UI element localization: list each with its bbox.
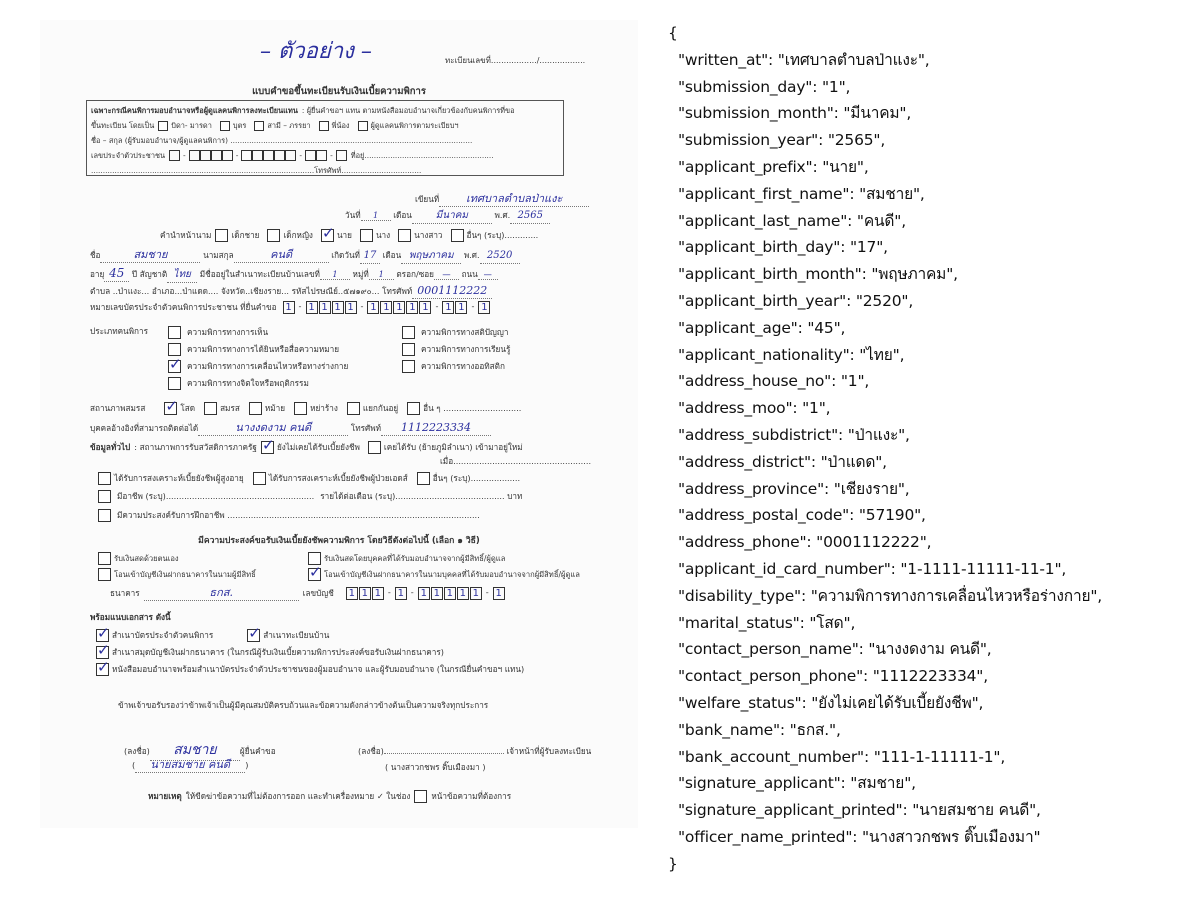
marital-option[interactable]: อื่น ๆ .............................. [407,402,521,415]
checkbox-label: ผู้ดูแลคนพิการตามระเบียบฯ [371,121,459,130]
prefix-option[interactable]: อื่นๆ (ระบุ)............. [451,229,539,242]
checkbox[interactable] [407,402,420,415]
checkbox-label: ความพิการทางการเรียนรู้ [421,344,510,354]
json-field-bank-name: "bank_name": "ธกส.", [668,717,1193,744]
json-field-applicant-birth-day: "applicant_birth_day": "17", [668,234,1193,261]
checkbox-label: หม้าย [265,403,285,413]
payment-heading: มีความประสงค์ขอรับเงินเบี้ยยังชัพความพิก… [40,536,638,547]
checkbox[interactable] [220,121,230,131]
payment-option[interactable]: โอนเข้าบัญชีเงินฝากธนาคารในนามผู้มีสิทธิ… [98,568,304,581]
birth-month-label: เดือน [383,250,402,260]
checkbox[interactable] [164,402,177,415]
cell-separator: - [388,587,391,600]
checkbox-label: โอนเข้าบัญชีเงินฝากธนาคารในนามบุคคลที่ได… [324,570,580,579]
marital-label: สถานภาพสมรส [90,403,145,413]
id-card-label: หมายเลขบัตรประจำตัวคนพิการประชาชน ที่ยื่… [90,302,277,312]
json-field-applicant-age: "applicant_age": "45", [668,315,1193,342]
first-name-value[interactable]: สมชาย [100,248,200,263]
checkbox-label: ความพิการทางจิตใจหรือพฤติกรรม [187,378,309,388]
contact-line: บุคคลอ้างอิงที่สามารถติดต่อได้นางงดงาม ค… [90,421,491,436]
digit-cell[interactable]: 1 [319,301,331,314]
id-card-line: หมายเลขบัตรประจำตัวคนพิการประชาชน ที่ยื่… [90,301,490,314]
contact-phone-label: โทรศัพท์ [351,423,381,433]
digit-cell[interactable]: 1 [367,301,379,314]
json-field-applicant-prefix: "applicant_prefix": "นาย", [668,154,1193,181]
checkbox-label: ความพิการทางสติปัญญา [421,327,508,337]
digit-cell[interactable]: 1 [406,301,418,314]
first-name-label: ชื่อ [90,250,100,260]
date-month-label: เดือน [393,210,412,220]
officer-printed-name: ( นางสาวกชพร ติ๊บเมืองมา ) [385,762,486,772]
occupation-row: มีอาชีพ (ระบุ)..........................… [98,490,522,503]
checkbox-label: รับเงินสดด้วยตนเอง [114,554,179,563]
json-field-signature-applicant: "signature_applicant": "สมชาย", [668,770,1193,797]
checkbox-label: ยังไม่เคยได้รับเบี้ยยังชีพ [277,442,360,452]
checkbox[interactable] [347,402,360,415]
contact-phone-value[interactable]: 1112223334 [381,421,491,436]
proxy-name-label: ชื่อ – สกุล (ผู้รับมอบอำนาจ/ผู้ดูแลคนพิก… [91,136,472,145]
id-separator: - [183,151,186,160]
json-field-submission-day: "submission_day": "1", [668,74,1193,101]
checkbox[interactable] [247,629,260,642]
json-open-brace: { [668,20,1193,47]
date-year-value[interactable]: 2565 [510,210,550,224]
bank-label: ธนาคาร [110,588,140,598]
soi-label: ตรอก/ซอย [396,269,434,279]
scanned-form: – ตัวอย่าง – ทะเบียนเลขที่..............… [40,20,638,828]
house-no-value[interactable]: 1 [320,269,350,280]
cell-separator: - [411,587,414,600]
proxy-id-boxes[interactable]: ---- [169,150,347,161]
json-fields: "written_at": "เทศบาลตำบลป่าแงะ","submis… [668,47,1193,851]
digit-cell[interactable]: 1 [470,587,482,600]
occupation-checkbox[interactable] [98,490,111,503]
attachment-option[interactable]: หนังสือมอบอำนาจพร้อมสำเนาบัตรประจำตัวประ… [96,663,524,676]
other-welfare-option[interactable]: อื่นๆ (ระบุ)................... [417,472,520,485]
id-box[interactable] [169,150,180,161]
checkbox-label: พี่น้อง [332,121,350,130]
checkbox[interactable] [417,472,430,485]
digit-cell[interactable]: 1 [444,587,456,600]
disability-option[interactable]: ความพิการทางการเรียนรู้ [402,341,510,358]
age-value[interactable]: 45 [104,266,129,282]
officer-signature[interactable] [384,753,504,754]
checkbox[interactable] [358,121,368,131]
digit-cell[interactable]: 1 [393,301,405,314]
digit-cell[interactable]: 1 [372,587,384,600]
checkbox-label: เคยได้รับ (ย้ายภูมิลำเนา) เข้ามาอยู่ใหม่ [384,442,523,452]
id-card-cells[interactable]: 1-1111-11111-11-1 [283,301,491,314]
address-text: ตำบล ..ป่าแงะ... อำเภอ...ป่าแดด.... จังห… [90,286,412,296]
digit-cell[interactable]: 1 [442,301,454,314]
checkbox-label: สำเนาสมุดบัญชีเงินฝากธนาคาร (ในกรณีผู้รั… [112,647,444,657]
payment-option[interactable]: รับเงินสดด้วยตนเอง [98,552,304,565]
applicant-printed-line: (นายสมชาย คนดี) [132,758,248,773]
json-field-address-district: "address_district": "ป่าแดด", [668,449,1193,476]
age-label: อายุ [90,269,104,279]
json-field-address-moo: "address_moo": "1", [668,395,1193,422]
training-label: มีความประสงค์รับการฝึกอาชีพ ............… [117,510,480,520]
digit-cell[interactable]: 1 [431,587,443,600]
officer-role: เจ้าหน้าที่ผู้รับลงทะเบียน [507,746,592,756]
checkbox[interactable] [168,360,181,373]
house-label: มีชื่ออยู่ในสำเนาทะเบียนบ้านเลขที่ [200,269,320,279]
digit-cell[interactable]: 1 [395,587,407,600]
digit-cell[interactable]: 1 [418,587,430,600]
certify-text: ข้าพเจ้าขอรับรองว่าข้าพเจ้าเป็นผู้มีคุณส… [118,700,488,710]
general-label: ข้อมูลทั่วไป [90,442,130,452]
note-text: ให้ขีดฆ่าข้อความที่ไม่ต้องการออก และทำเค… [186,791,411,801]
cell-separator: - [471,301,474,314]
training-row: มีความประสงค์รับการฝึกอาชีพ ............… [98,509,480,522]
disability-option[interactable]: ความพิการทางสติปัญญา [402,324,510,341]
id-separator: - [299,151,302,160]
checkbox-label: เด็กชาย [231,230,259,240]
address-line: ตำบล ..ป่าแงะ... อำเภอ...ป่าแดด.... จังห… [90,284,492,299]
checkbox[interactable] [168,377,181,390]
attachment-row: สำเนาสมุดบัญชีเงินฝากธนาคาร (ในกรณีผู้รั… [96,644,636,661]
checkbox[interactable] [402,326,415,339]
prefix-option[interactable]: นาย [321,229,352,242]
id-separator: - [330,151,333,160]
date-day-label: วันที่ [345,210,361,220]
disability-option[interactable]: ความพิการทางการเคลื่อนไหวหรือทางร่างกาย [168,358,348,375]
applicant-sign-label: (ลงชื่อ) [124,746,150,756]
proxy-heading-rest: : ผู้ยื่นคำขอฯ แทน ตามหนังสือมอบอำนาจเกี… [302,106,515,115]
date-month-value[interactable]: มีนาคม [412,210,492,224]
disability-right-col: ความพิการทางสติปัญญาความพิการทางการเรียน… [402,324,510,375]
extracted-json-panel: { "written_at": "เทศบาลตำบลป่าแงะ","subm… [668,20,1193,878]
attachment-row: หนังสือมอบอำนาจพร้อมสำเนาบัตรประจำตัวประ… [96,661,636,678]
checkbox[interactable] [294,402,307,415]
checkbox-label: สำเนาบัตรประจำตัวคนพิการ [112,630,213,640]
checkbox-label: หนังสือมอบอำนาจพร้อมสำเนาบัตรประจำตัวประ… [112,664,524,674]
json-field-submission-month: "submission_month": "มีนาคม", [668,100,1193,127]
checkbox-label: ความพิการทางการได้ยินหรือสื่อความหมาย [187,344,339,354]
checkbox-label: สมรส [220,403,240,413]
proxy-phone-label: ........................................… [91,166,421,175]
other-welfare-row: ได้รับการสงเคราะห์เบี้ยยังชีพผู้สูงอายุไ… [98,472,524,485]
checkbox[interactable] [98,568,111,581]
disability-option[interactable]: ความพิการทางจิตใจหรือพฤติกรรม [168,375,348,392]
registration-number: ทะเบียนเลขที่................../........… [445,56,585,66]
checkbox-label: สำเนาทะเบียนบ้าน [263,630,329,640]
checkbox[interactable] [319,121,329,131]
relation-option[interactable]: บุตร [220,121,246,131]
marital-option[interactable]: หม้าย [249,402,285,415]
disability-label: ประเภทคนพิการ [90,326,148,336]
account-label: เลขบัญชี [303,588,334,598]
checkbox-label: โสด [180,403,195,413]
id-box[interactable] [189,150,200,161]
checkbox[interactable] [398,229,411,242]
json-field-applicant-first-name: "applicant_first_name": "สมชาย", [668,181,1193,208]
json-field-disability-type: "disability_type": "ความพิการทางการเคลื่… [668,583,1193,610]
id-box[interactable] [336,150,347,161]
checkbox[interactable] [308,568,321,581]
other-welfare-option[interactable]: ได้รับการสงเคราะห์เบี้ยยังชีพผู้ป่วยเอดส… [253,472,408,485]
contact-name-value[interactable]: นางงดงาม คนดี [198,421,348,436]
marital-row: สถานภาพสมรส โสดสมรสหม้ายหย่าร้างแยกกันอย… [90,402,525,415]
checkbox[interactable] [158,121,168,131]
moo-value[interactable]: 1 [369,269,394,280]
checkbox-label: โอนเข้าบัญชีเงินฝากธนาคารในนามผู้มีสิทธิ… [114,570,256,579]
json-field-written-at: "written_at": "เทศบาลตำบลป่าแงะ", [668,47,1193,74]
digit-cell[interactable]: 1 [455,301,467,314]
id-box[interactable] [316,150,327,161]
written-at-value[interactable]: เทศบาลตำบลป่าแงะ [439,192,589,207]
checkbox-label: สามี – ภรรยา [267,121,310,130]
id-box[interactable] [200,150,211,161]
soi-value[interactable]: — [434,269,459,280]
checkbox[interactable] [168,326,181,339]
checkbox[interactable] [321,229,334,242]
general-text: : สถานภาพการรับสวัสดิการภาครัฐ [134,442,257,452]
json-field-address-phone: "address_phone": "0001112222", [668,529,1193,556]
checkbox[interactable] [402,360,415,373]
account-cells[interactable]: 111-1-11111-1 [346,587,505,600]
prefix-option[interactable]: เด็กหญิง [267,229,312,242]
proxy-heading: เฉพาะกรณีคนพิการมอบอำนาจหรือผู้ดูแลคนพิก… [91,106,298,115]
note-checkbox-sample [414,790,427,803]
checkbox-label: ความพิการทางออทิสติก [421,361,505,371]
json-field-address-house-no: "address_house_no": "1", [668,368,1193,395]
checkbox-label: รับเงินสดโดยบุคคลที่ได้รับมอบอำนาจจากผู้… [324,554,505,563]
checkbox-label: ความพิการทางการเคลื่อนไหวหรือทางร่างกาย [187,361,348,371]
id-box[interactable] [222,150,233,161]
checkbox-label: หย่าร้าง [310,403,338,413]
json-field-address-subdistrict: "address_subdistrict": "ป่าแงะ", [668,422,1193,449]
bank-row: ธนาคารธกส. เลขบัญชี 111-1-11111-1 [110,586,505,601]
welfare-row: ข้อมูลทั่วไป : สถานภาพการรับสวัสดิการภาค… [90,441,527,454]
road-value[interactable]: — [478,269,498,280]
payment-option[interactable]: โอนเข้าบัญชีเงินฝากธนาคารในนามบุคคลที่ได… [308,568,614,581]
proxy-section: เฉพาะกรณีคนพิการมอบอำนาจหรือผู้ดูแลคนพิก… [86,100,564,176]
proxy-relations: ขึ้นทะเบียน โดยเป็น บิดา- มารดาบุตรสามี … [91,118,559,133]
birth-year-value[interactable]: 2520 [480,250,520,264]
digit-cell[interactable]: 1 [380,301,392,314]
note-label: หมายเหตุ [148,791,182,801]
attachments-list: สำเนาบัตรประจำตัวคนพิการสำเนาทะเบียนบ้าน… [96,627,636,678]
digit-cell[interactable]: 1 [419,301,431,314]
proxy-address-label: ที่อยู่.................................… [351,151,494,160]
checkbox[interactable] [204,402,217,415]
relations-prefix: ขึ้นทะเบียน โดยเป็น [91,121,154,130]
json-field-address-province: "address_province": "เชียงราย", [668,476,1193,503]
digit-cell[interactable]: 1 [457,587,469,600]
relation-option[interactable]: สามี – ภรรยา [254,121,310,131]
checkbox[interactable] [267,229,280,242]
digit-cell[interactable]: 1 [478,301,490,314]
disability-option[interactable]: ความพิการทางการได้ยินหรือสื่อความหมาย [168,341,348,358]
payment-option[interactable]: รับเงินสดโดยบุคคลที่ได้รับมอบอำนาจจากผู้… [308,552,614,565]
json-field-signature-applicant-printed: "signature_applicant_printed": "นายสมชาย… [668,797,1193,824]
last-name-value[interactable]: คนดี [234,248,329,263]
json-close-brace: } [668,851,1193,878]
income-label: รายได้ต่อเดือน (ระบุ)...................… [320,491,522,501]
note-tail: หน้าข้อความที่ต้องการ [431,791,511,801]
relation-option[interactable]: บิดา- มารดา [158,121,212,131]
birth-month-value[interactable]: พฤษภาคม [401,250,461,264]
checkbox-label: อื่น ๆ .............................. [423,403,521,413]
marital-option[interactable]: โสด [164,402,195,415]
attachment-option[interactable]: สำเนาบัตรประจำตัวคนพิการ [96,629,213,642]
json-field-applicant-id-card-number: "applicant_id_card_number": "1-1111-1111… [668,556,1193,583]
age-line: อายุ45 ปี สัญชาติไทย มีชื่ออยู่ในสำเนาทะ… [90,266,498,283]
birth-day-value[interactable]: 17 [360,250,380,264]
id-box[interactable] [305,150,316,161]
relation-option[interactable]: ผู้ดูแลคนพิการตามระเบียบฯ [358,121,459,131]
marital-option[interactable]: แยกกันอยู่ [347,402,398,415]
note-line: หมายเหตุ ให้ขีดฆ่าข้อความที่ไม่ต้องการออ… [148,790,511,803]
checkbox-label: ความพิการทางการเห็น [187,327,268,337]
birth-year-label: พ.ศ. [464,250,480,260]
applicant-role: ผู้ยื่นคำขอ [240,746,276,756]
id-box[interactable] [241,150,252,161]
proxy-id-label: เลขประจำตัวประชาชน [91,151,165,160]
sample-stamp: – ตัวอย่าง – [260,38,372,66]
welfare-option[interactable]: เคยได้รับ (ย้ายภูมิลำเนา) เข้ามาอยู่ใหม่ [368,441,523,454]
id-box[interactable] [285,150,296,161]
json-field-address-postal-code: "address_postal_code": "57190", [668,502,1193,529]
checkbox[interactable] [253,472,266,485]
cell-separator: - [435,301,438,314]
prefix-label: คำนำหน้านาม [160,230,211,240]
road-label: ถนน [462,269,478,279]
id-box[interactable] [274,150,285,161]
welfare-when: เมื่อ...................................… [440,456,591,466]
checkbox-label: ได้รับการสงเคราะห์เบี้ยยังชีพผู้ป่วยเอดส… [269,473,408,483]
checkbox[interactable] [254,121,264,131]
checkbox[interactable] [451,229,464,242]
digit-cell[interactable]: 1 [346,587,358,600]
birth-day-label: เกิดวันที่ [331,250,360,260]
date-line: วันที่1 เดือนมีนาคม พ.ศ.2565 [345,210,550,224]
json-field-applicant-birth-month: "applicant_birth_month": "พฤษภาคม", [668,261,1193,288]
training-checkbox[interactable] [98,509,111,522]
cell-separator: - [486,587,489,600]
payment-options: รับเงินสดด้วยตนเองรับเงินสดโดยบุคคลที่ได… [98,552,618,581]
marital-option[interactable]: สมรส [204,402,240,415]
checkbox-label: บุตร [233,121,246,130]
json-field-bank-account-number: "bank_account_number": "111-1-11111-1", [668,744,1193,771]
prefix-option[interactable]: เด็กชาย [215,229,259,242]
checkbox[interactable] [96,663,109,676]
address-phone-value[interactable]: 0001112222 [412,284,492,299]
id-box[interactable] [211,150,222,161]
digit-cell[interactable]: 1 [306,301,318,314]
checkbox-label: นาง [376,230,390,240]
checkbox[interactable] [98,552,111,565]
moo-label: หมู่ที่ [353,269,369,279]
attachment-option[interactable]: สำเนาสมุดบัญชีเงินฝากธนาคาร (ในกรณีผู้รั… [96,646,444,659]
json-field-submission-year: "submission_year": "2565", [668,127,1193,154]
checkbox[interactable] [402,343,415,356]
prefix-option[interactable]: นางสาว [398,229,442,242]
date-day-value[interactable]: 1 [361,210,391,221]
relation-option[interactable]: พี่น้อง [319,121,350,131]
officer-sign-label: (ลงชื่อ) [358,746,384,756]
checkbox-label: ได้รับการสงเคราะห์เบี้ยยังชีพผู้สูงอายุ [114,473,244,483]
digit-cell[interactable]: 1 [283,301,295,314]
marital-option[interactable]: หย่าร้าง [294,402,338,415]
checkbox-label: บิดา- มารดา [171,121,212,130]
disability-left-col: ความพิการทางการเห็นความพิการทางการได้ยิน… [168,324,348,392]
checkbox-label: แยกกันอยู่ [363,403,398,413]
attachment-option[interactable]: สำเนาทะเบียนบ้าน [247,629,329,642]
id-separator: - [236,151,239,160]
json-field-welfare-status: "welfare_status": "ยังไม่เคยได้รับเบี้ยย… [668,690,1193,717]
bank-name-value[interactable]: ธกส. [144,586,299,601]
other-welfare-option[interactable]: ได้รับการสงเคราะห์เบี้ยยังชีพผู้สูงอายุ [98,472,244,485]
cell-separator: - [361,301,364,314]
json-field-applicant-birth-year: "applicant_birth_year": "2520", [668,288,1193,315]
last-name-label: นามสกุล [203,250,234,260]
disability-option[interactable]: ความพิการทางออทิสติก [402,358,510,375]
json-field-applicant-last-name: "applicant_last_name": "คนดี", [668,208,1193,235]
form-title: แบบคำขอขึ้นทะเบียนรับเงินเบี้ยความพิการ [40,86,638,98]
attachment-row: สำเนาบัตรประจำตัวคนพิการสำเนาทะเบียนบ้าน [96,627,636,644]
checkbox[interactable] [215,229,228,242]
written-at-line: เขียนที่เทศบาลตำบลป่าแงะ [415,192,589,207]
written-at-label: เขียนที่ [415,194,439,204]
digit-cell[interactable]: 1 [332,301,344,314]
checkbox[interactable] [360,229,373,242]
attachments-heading: พร้อมแนบเอกสาร ดังนี้ [90,612,171,622]
digit-cell[interactable]: 1 [359,587,371,600]
digit-cell[interactable]: 1 [493,587,505,600]
disability-option[interactable]: ความพิการทางการเห็น [168,324,348,341]
applicant-printed-name[interactable]: นายสมชาย คนดี [135,758,245,773]
nationality-value[interactable]: ไทย [167,269,197,283]
json-field-marital-status: "marital_status": "โสด", [668,610,1193,637]
contact-label: บุคคลอ้างอิงที่สามารถติดต่อได้ [90,423,198,433]
checkbox-label: นางสาว [414,230,442,240]
id-box[interactable] [263,150,274,161]
json-field-applicant-nationality: "applicant_nationality": "ไทย", [668,342,1193,369]
checkbox[interactable] [98,472,111,485]
officer-sign-line: (ลงชื่อ) เจ้าหน้าที่ผู้รับลงทะเบียน [358,746,591,756]
welfare-option[interactable]: ยังไม่เคยได้รับเบี้ยยังชีพ [261,441,360,454]
name-line: ชื่อสมชาย นามสกุลคนดี เกิดวันที่17 เดือน… [90,248,520,264]
json-field-contact-person-name: "contact_person_name": "นางงดงาม คนดี", [668,636,1193,663]
checkbox[interactable] [261,441,274,454]
checkbox-label: นาย [337,230,352,240]
age-unit-label: ปี สัญชาติ [132,269,167,279]
json-field-contact-person-phone: "contact_person_phone": "1112223334", [668,663,1193,690]
prefix-option[interactable]: นาง [360,229,390,242]
checkbox[interactable] [368,441,381,454]
cell-separator: - [299,301,302,314]
checkbox-label: อื่นๆ (ระบุ)................... [433,473,520,483]
json-field-officer-name-printed: "officer_name_printed": "นางสาวกชพร ติ๊บ… [668,824,1193,851]
checkbox-label: อื่นๆ (ระบุ)............. [467,230,539,240]
checkbox[interactable] [249,402,262,415]
proxy-id-row: เลขประจำตัวประชาชน ---- ที่อยู่.........… [91,148,559,163]
checkbox-label: เด็กหญิง [283,230,312,240]
date-year-label: พ.ศ. [494,210,510,220]
digit-cell[interactable]: 1 [345,301,357,314]
prefix-row: คำนำหน้านาม เด็กชายเด็กหญิงนายนางนางสาวอ… [160,229,542,242]
occupation-label: มีอาชีพ (ระบุ)..........................… [117,491,314,501]
id-box[interactable] [252,150,263,161]
